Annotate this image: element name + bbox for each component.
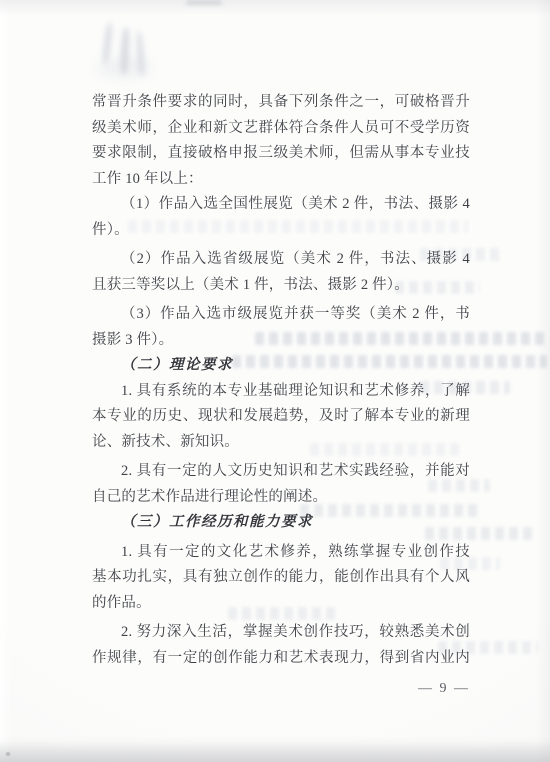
text-line: 1. 具有系统的本专业基础理论知识和艺术修养，了解 xyxy=(92,379,470,405)
text-line: 自己的艺术作品进行理论性的阐述。 xyxy=(92,485,470,511)
text-line: 基本功扎实，具有独立创作的能力，能创作出具有个人风格 xyxy=(92,565,470,591)
text-line: 要求限制，直接破格申报三级美术师，但需从事本专业技术 xyxy=(92,141,470,167)
text-line: 2. 具有一定的人文历史知识和艺术实践经验，并能对 xyxy=(92,459,470,485)
ink-smudge xyxy=(97,58,151,78)
text-line: 摄影 3 件）。 xyxy=(92,328,470,354)
text-line: 且获三等奖以上（美术 1 件，书法、摄影 2 件）。 xyxy=(92,273,470,299)
text-line: 工作 10 年以上： xyxy=(92,167,470,193)
text-line: 作规律，有一定的创作能力和艺术表现力，得到省内业内人 xyxy=(92,646,470,672)
heading-line: （二）理论要求 xyxy=(92,353,470,379)
ink-smudge xyxy=(186,0,222,5)
text-line: （3）作品入选市级展览并获一等奖（美术 2 件，书法、 xyxy=(92,302,470,328)
text-line: 2. 努力深入生活，掌握美术创作技巧，较熟悉美术创 xyxy=(92,620,470,646)
text-line: （1）作品入选全国性展览（美术 2 件，书法、摄影 4 xyxy=(92,192,470,218)
text-line: 论、新技术、新知识。 xyxy=(92,430,470,456)
text-line: 1. 具有一定的文化艺术修养，熟练掌握专业创作技巧， xyxy=(92,540,470,566)
scan-speck xyxy=(6,752,10,756)
text-line: （2）作品入选省级展览（美术 2 件，书法、摄影 4 件） xyxy=(92,247,470,273)
scanned-page: 常晋升条件要求的同时，具备下列条件之一，可破格晋升三级美术师，企业和新文艺群体符… xyxy=(0,0,550,762)
page-number: — 9 — xyxy=(92,681,470,697)
text-line: 的作品。 xyxy=(92,591,470,617)
scan-edge-shadow xyxy=(0,742,550,762)
text-column: 常晋升条件要求的同时，具备下列条件之一，可破格晋升三级美术师，企业和新文艺群体符… xyxy=(92,90,470,671)
text-line: 本专业的历史、现状和发展趋势，及时了解本专业的新理 xyxy=(92,404,470,430)
text-line: 件）。 xyxy=(92,218,470,244)
text-line: 常晋升条件要求的同时，具备下列条件之一，可破格晋升三 xyxy=(92,90,470,116)
heading-line: （三）工作经历和能力要求 xyxy=(92,510,470,536)
text-line: 级美术师，企业和新文艺群体符合条件人员可不受学历资历 xyxy=(92,116,470,142)
